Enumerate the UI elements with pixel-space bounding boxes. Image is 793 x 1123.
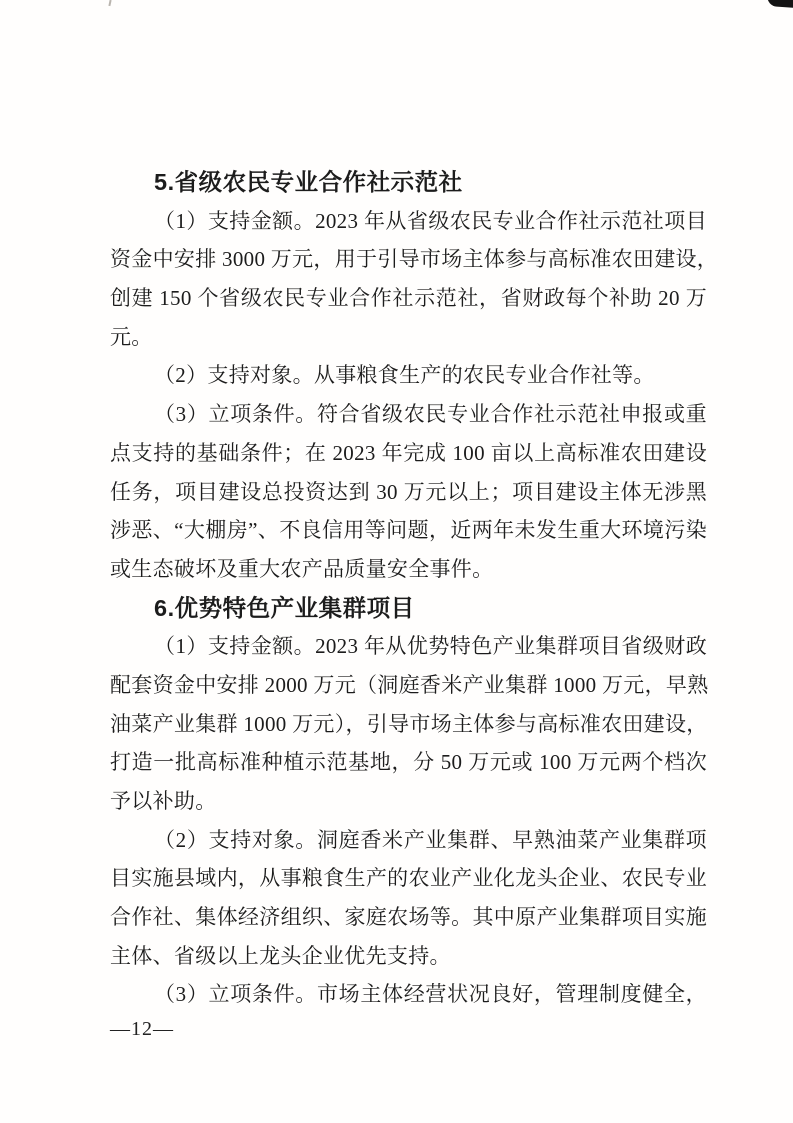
text-line: 资金中安排 3000 万元，用于引导市场主体参与高标准农田建设， [110,240,707,279]
text-line: 涉恶、“大棚房”、不良信用等问题，近两年未发生重大环境污染 [110,511,707,550]
scan-speck-artifact [108,0,111,6]
text-line: 主体、省级以上龙头企业优先支持。 [110,937,707,976]
document-page: 5.省级农民专业合作社示范社 （1）支持金额。2023 年从省级农民专业合作社示… [0,0,793,1123]
text-line: 创建 150 个省级农民专业合作社示范社，省财政每个补助 20 万 [110,279,707,318]
text-line: 或生态破坏及重大农产品质量安全事件。 [110,550,707,589]
scan-corner-artifact [767,0,793,8]
page-number: —12— [110,1016,174,1042]
text-line: （2）支持对象。洞庭香米产业集群、早熟油菜产业集群项 [110,821,707,860]
text-line: 元。 [110,318,707,357]
text-line: （3）立项条件。市场主体经营状况良好，管理制度健全， [110,975,707,1014]
text-line: 合作社、集体经济组织、家庭农场等。其中原产业集群项目实施 [110,898,707,937]
text-line: 予以补助。 [110,782,707,821]
section-5-heading: 5.省级农民专业合作社示范社 [110,163,707,202]
text-line: 打造一批高标准种植示范基地，分 50 万元或 100 万元两个档次 [110,743,707,782]
text-line: 任务，项目建设总投资达到 30 万元以上；项目建设主体无涉黑 [110,473,707,512]
text-line: 油菜产业集群 1000 万元），引导市场主体参与高标准农田建设， [110,705,707,744]
text-line: 配套资金中安排 2000 万元（洞庭香米产业集群 1000 万元，早熟 [110,666,707,705]
text-line: （1）支持金额。2023 年从优势特色产业集群项目省级财政 [110,627,707,666]
document-body: 5.省级农民专业合作社示范社 （1）支持金额。2023 年从省级农民专业合作社示… [110,163,707,1014]
text-line: 目实施县域内，从事粮食生产的农业产业化龙头企业、农民专业 [110,859,707,898]
text-line: （2）支持对象。从事粮食生产的农民专业合作社等。 [110,356,707,395]
text-line: 点支持的基础条件；在 2023 年完成 100 亩以上高标准农田建设 [110,434,707,473]
text-line: （1）支持金额。2023 年从省级农民专业合作社示范社项目 [110,202,707,241]
section-6-heading: 6.优势特色产业集群项目 [110,589,707,628]
text-line: （3）立项条件。符合省级农民专业合作社示范社申报或重 [110,395,707,434]
